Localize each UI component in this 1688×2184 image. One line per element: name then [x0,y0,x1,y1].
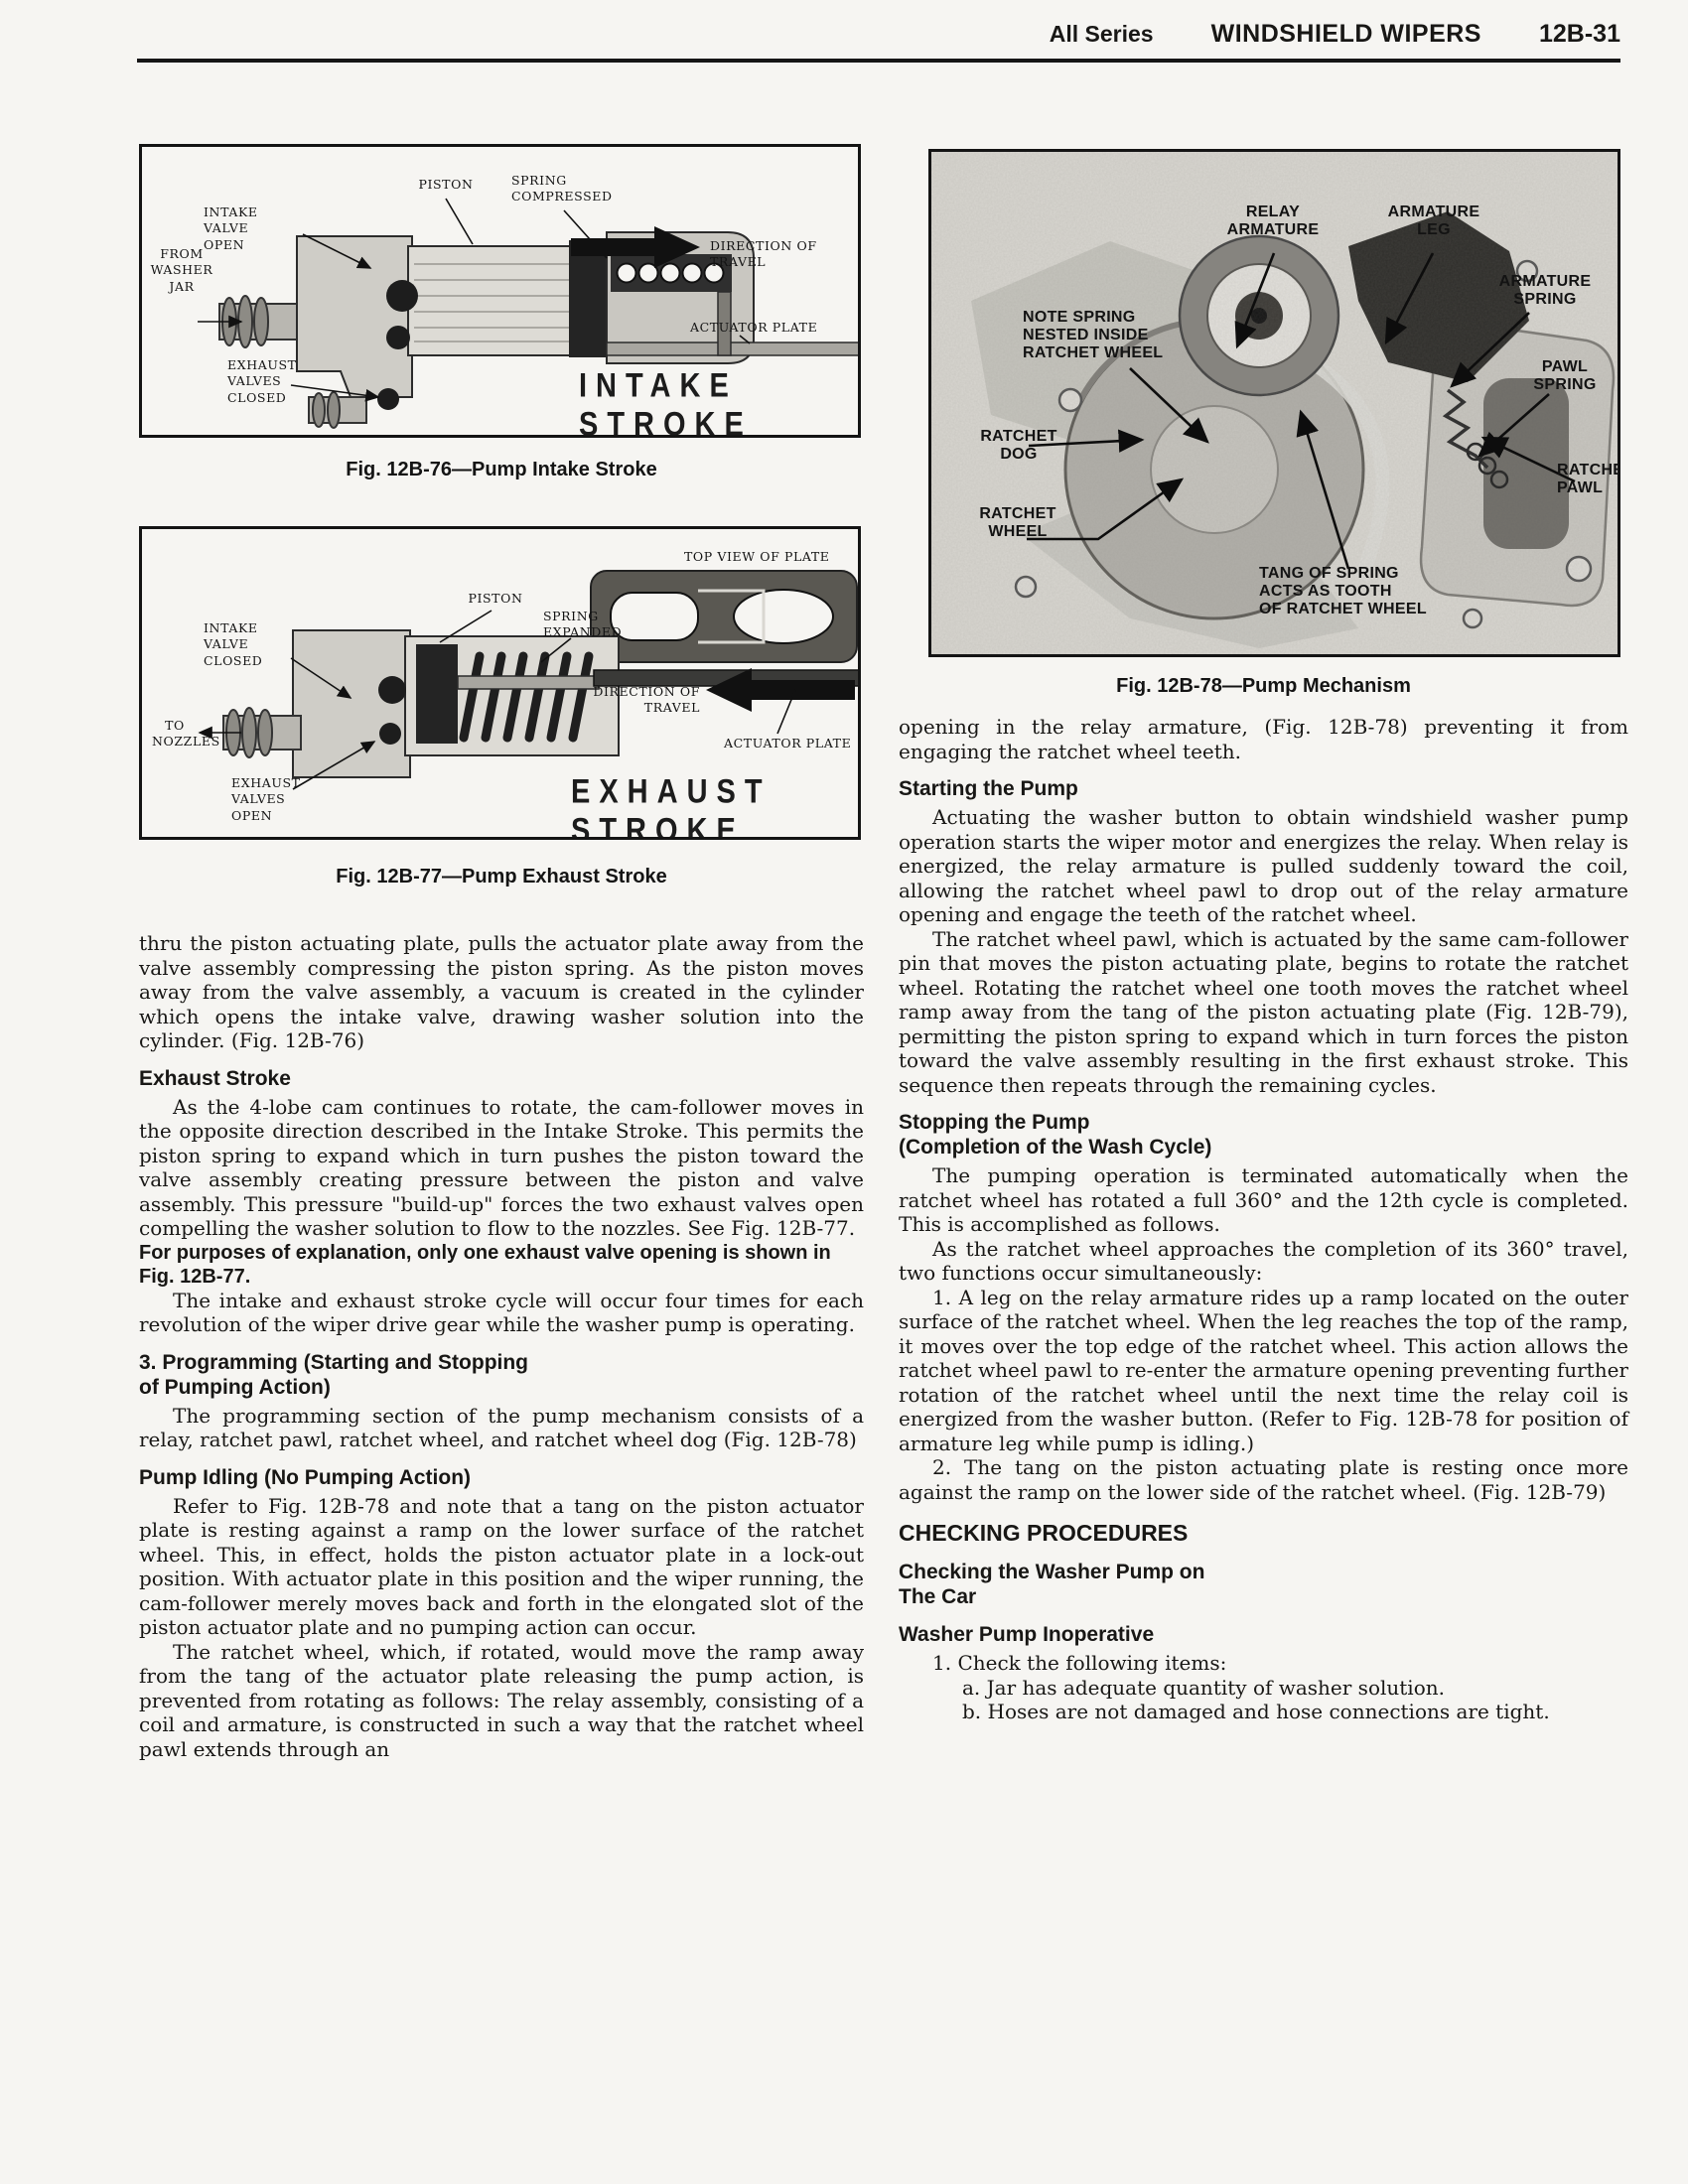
left-para-1: thru the piston actuating plate, pulls t… [139,931,864,1053]
left-para-6: The ratchet wheel, which, if rotated, wo… [139,1640,864,1762]
fig78-label-armature-leg: ARMATURE LEG [1368,204,1499,239]
fig77-label-direction-of-travel: DIRECTION OF TRAVEL [559,684,700,717]
page-header: All Series WINDSHIELD WIPERS 12B-31 [0,20,1620,49]
heading-starting-the-pump: Starting the Pump [899,776,1628,801]
right-item-1: 1. Check the following items: [899,1651,1628,1676]
heading-washer-pump-inoperative: Washer Pump Inoperative [899,1622,1628,1647]
fig76-label-exhaust-valves-closed: EXHAUST VALVES CLOSED [227,357,317,406]
fig76-caption: Fig. 12B-76—Pump Intake Stroke [139,459,864,481]
fig78-label-ratchet-dog: RATCHET DOG [963,428,1074,464]
fig76-label-direction-of-travel: DIRECTION OF TRAVEL [710,238,859,271]
fig78-label-ratchet-wheel: RATCHET WHEEL [959,505,1076,541]
header-rule [137,59,1620,63]
heading-stopping-the-pump: Stopping the Pump (Completion of the Was… [899,1110,1628,1160]
right-column-text: opening in the relay armature, (Fig. 12B… [899,715,1628,1724]
heading-checking-procedures: CHECKING PROCEDURES [899,1520,1628,1547]
header-page-number: 12B-31 [1539,20,1620,49]
fig76-label-from-washer-jar: FROM WASHER JAR [146,246,217,295]
fig77-label-spring-expanded: SPRING EXPANDED [543,609,652,641]
header-section-title: WINDSHIELD WIPERS [1211,20,1481,49]
right-para-6: 1. A leg on the relay armature rides up … [899,1286,1628,1456]
fig78-label-relay-armature: RELAY ARMATURE [1197,204,1348,239]
left-para-4: The programming section of the pump mech… [139,1404,864,1452]
fig78-label-note-spring: NOTE SPRING NESTED INSIDE RATCHET WHEEL [1023,309,1221,362]
right-item-1b: b. Hoses are not damaged and hose connec… [899,1700,1628,1724]
fig76-label-actuator-plate: ACTUATOR PLATE [690,320,859,336]
fig78-caption: Fig. 12B-78—Pump Mechanism [899,675,1628,698]
figure-12b-77: TOP VIEW OF PLATE PISTON SPRING EXPANDED… [139,526,861,840]
right-para-1: opening in the relay armature, (Fig. 12B… [899,715,1628,763]
fig78-label-ratchet-pawl: RATCHET PAWL [1557,462,1620,497]
heading-checking-washer-pump: Checking the Washer Pump on The Car [899,1560,1628,1609]
fig78-label-pawl-spring: PAWL SPRING [1515,358,1615,394]
right-para-7: 2. The tang on the piston actuating plat… [899,1455,1628,1504]
right-para-3: The ratchet wheel pawl, which is actuate… [899,927,1628,1098]
fig76-label-intake-valve-open: INTAKE VALVE OPEN [204,205,303,253]
fig77-exhaust-stroke-title: EXHAUST STROKE [571,773,858,840]
heading-pump-idling: Pump Idling (No Pumping Action) [139,1465,864,1490]
fig76-label-piston: PISTON [408,177,484,193]
fig77-label-intake-valve-closed: INTAKE VALVE CLOSED [204,620,303,669]
fig76-intake-stroke-title: INTAKE STROKE [579,367,858,438]
fig78-label-armature-spring: ARMATURE SPRING [1476,273,1615,309]
left-para-2: As the 4-lobe cam continues to rotate, t… [139,1095,864,1241]
fig76-label-spring-compressed: SPRING COMPRESSED [511,173,640,205]
fig77-caption: Fig. 12B-77—Pump Exhaust Stroke [139,866,864,888]
left-column-text: thru the piston actuating plate, pulls t… [139,931,864,1761]
fig78-label-tang-of-spring: TANG OF SPRING ACTS AS TOOTH OF RATCHET … [1259,565,1497,618]
left-note: For purposes of explanation, only one ex… [139,1241,864,1289]
fig77-label-exhaust-valves-open: EXHAUST VALVES OPEN [231,775,321,824]
manual-page: All Series WINDSHIELD WIPERS 12B-31 [0,0,1688,2184]
figure-12b-76: PISTON SPRING COMPRESSED INTAKE VALVE OP… [139,144,861,438]
left-para-3: The intake and exhaust stroke cycle will… [139,1289,864,1337]
heading-programming: 3. Programming (Starting and Stopping of… [139,1350,864,1400]
fig77-label-actuator-plate: ACTUATOR PLATE [724,736,861,751]
right-para-5: As the ratchet wheel approaches the comp… [899,1237,1628,1286]
header-series: All Series [1050,21,1154,48]
left-para-5: Refer to Fig. 12B-78 and note that a tan… [139,1494,864,1640]
figure-12b-78: RELAY ARMATURE ARMATURE LEG NOTE SPRING … [928,149,1620,657]
fig77-label-to-nozzles: TO NOZZLES [152,718,198,751]
heading-exhaust-stroke: Exhaust Stroke [139,1066,864,1091]
fig77-label-piston: PISTON [458,591,533,607]
right-para-2: Actuating the washer button to obtain wi… [899,805,1628,927]
fig77-label-top-view-of-plate: TOP VIEW OF PLATE [684,549,853,565]
right-item-1a: a. Jar has adequate quantity of washer s… [899,1676,1628,1701]
right-para-4: The pumping operation is terminated auto… [899,1163,1628,1237]
